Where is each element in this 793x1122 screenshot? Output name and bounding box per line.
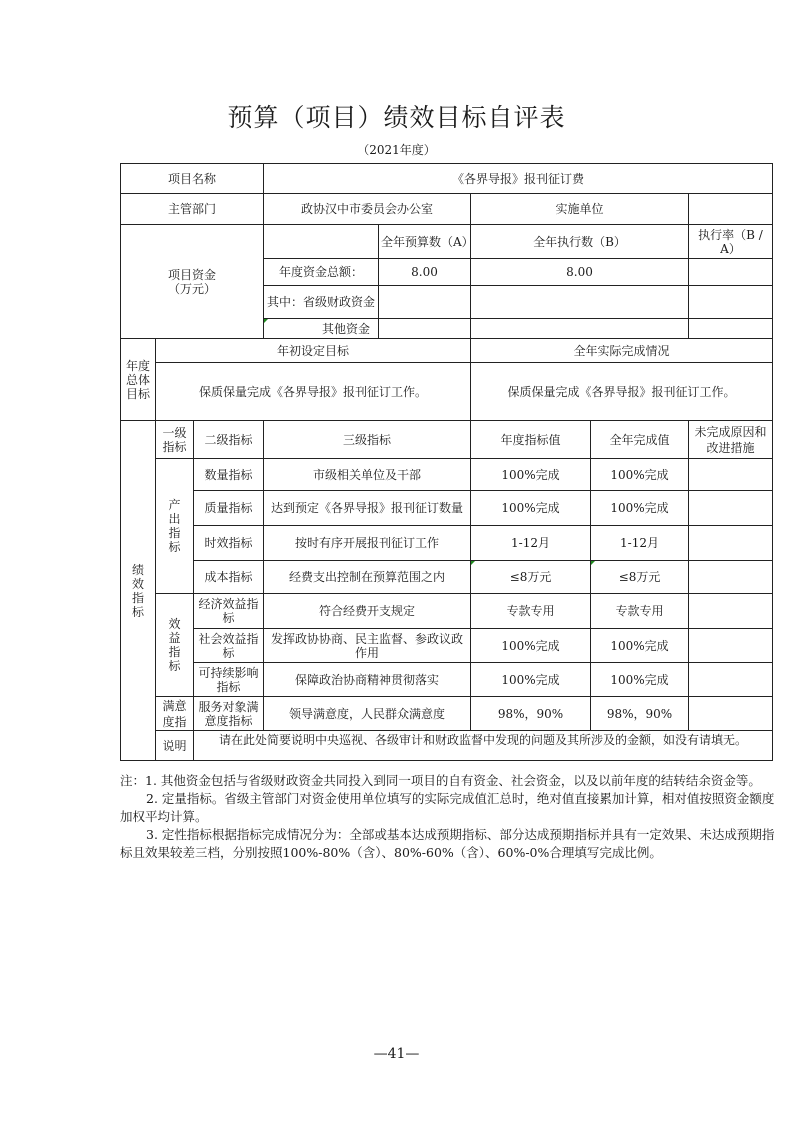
funds-row-rate	[689, 286, 773, 319]
cell-marker-icon	[591, 561, 595, 565]
funds-row-budget: 8.00	[379, 259, 471, 286]
header-level1: 一级指标	[156, 421, 194, 459]
note-2: 2. 定量指标。省级主管部门对资金使用单位填写的实际完成值汇总时，绝对值直接累加…	[120, 790, 780, 826]
actual-value: 100%完成	[591, 459, 689, 491]
funds-label: 项目资金 （万元）	[121, 225, 264, 339]
actual-value: 100%完成	[591, 663, 689, 697]
level3: 达到预定《各界导报》报刊征订数量	[264, 491, 471, 526]
cell-marker-icon	[471, 561, 475, 565]
funds-label-line2: （万元）	[123, 282, 261, 296]
target-value: ≤8万元	[471, 561, 591, 594]
dept-value: 政协汉中市委员会办公室	[264, 194, 471, 225]
note-3: 3. 定性指标根据指标完成情况分为：全部或基本达成预期指标、部分达成预期指标并具…	[120, 826, 780, 862]
level3: 经费支出控制在预算范围之内	[264, 561, 471, 594]
actual-value: 1-12月	[591, 526, 689, 561]
level1-output: 产出指标	[156, 459, 194, 594]
level3: 市级相关单位及干部	[264, 459, 471, 491]
goals-label: 年度总体目标	[121, 339, 156, 421]
level2: 数量指标	[194, 459, 264, 491]
funds-row-budget	[379, 319, 471, 339]
target-value-text: ≤8万元	[510, 570, 552, 584]
unit-label: 实施单位	[471, 194, 689, 225]
funds-row-label: 其他资金	[264, 319, 379, 339]
col-budget: 全年预算数（A）	[379, 225, 471, 259]
header-actual: 全年完成值	[591, 421, 689, 459]
level1-satisfaction: 满意度指	[156, 697, 194, 731]
target-value: 100%完成	[471, 629, 591, 663]
reason-value	[689, 459, 773, 491]
target-value: 1-12月	[471, 526, 591, 561]
funds-row-label: 年度资金总额：	[264, 259, 379, 286]
level2: 可持续影响指标	[194, 663, 264, 697]
reason-value	[689, 629, 773, 663]
header-reason: 未完成原因和改进措施	[689, 421, 773, 459]
funds-row-rate	[689, 259, 773, 286]
dept-label: 主管部门	[121, 194, 264, 225]
level2: 社会效益指标	[194, 629, 264, 663]
target-value: 专款专用	[471, 594, 591, 629]
actual-value: 100%完成	[591, 491, 689, 526]
actual-value: 专款专用	[591, 594, 689, 629]
level1-benefit: 效益指标	[156, 594, 194, 697]
evaluation-table: 项目名称 《各界导报》报刊征订费 主管部门 政协汉中市委员会办公室 实施单位 项…	[120, 163, 773, 761]
col-exec: 全年执行数（B）	[471, 225, 689, 259]
reason-value	[689, 594, 773, 629]
actual-value: ≤8万元	[591, 561, 689, 594]
funds-row-label-text: 其他资金	[322, 322, 370, 336]
note-1: 注：1. 其他资金包括与省级财政资金共同投入到同一项目的自有资金、社会资金，以及…	[120, 772, 780, 790]
funds-row-label: 其中：省级财政资金	[264, 286, 379, 319]
reason-value	[689, 491, 773, 526]
level2: 经济效益指标	[194, 594, 264, 629]
funds-label-line1: 项目资金	[123, 268, 261, 282]
explain-text: 请在此处简要说明中央巡视、各级审计和财政监督中发现的问题及其所涉及的金额，如没有…	[194, 731, 773, 761]
level2: 服务对象满意度指标	[194, 697, 264, 731]
project-name-value: 《各界导报》报刊征订费	[264, 164, 773, 194]
page-number: —41—	[0, 1046, 793, 1062]
indicators-label: 绩效指标	[121, 421, 156, 761]
actual-value-text: ≤8万元	[619, 570, 661, 584]
level2: 时效指标	[194, 526, 264, 561]
actual-value: 98%，90%	[591, 697, 689, 731]
level2: 质量指标	[194, 491, 264, 526]
target-value: 100%完成	[471, 663, 591, 697]
unit-value	[689, 194, 773, 225]
level3: 符合经费开支规定	[264, 594, 471, 629]
cell-marker-icon	[264, 319, 268, 323]
reason-value	[689, 697, 773, 731]
actual-value: 100%完成	[591, 629, 689, 663]
level3: 发挥政协协商、民主监督、参政议政作用	[264, 629, 471, 663]
funds-row-rate	[689, 319, 773, 339]
project-name-label: 项目名称	[121, 164, 264, 194]
page-title: 预算（项目）绩效目标自评表	[0, 98, 793, 134]
header-level3: 三级指标	[264, 421, 471, 459]
funds-row-exec	[471, 286, 689, 319]
header-target: 年度指标值	[471, 421, 591, 459]
goals-col-actual: 全年实际完成情况	[471, 339, 773, 363]
funds-row-exec: 8.00	[471, 259, 689, 286]
goals-col-set: 年初设定目标	[156, 339, 471, 363]
footnotes: 注：1. 其他资金包括与省级财政资金共同投入到同一项目的自有资金、社会资金，以及…	[120, 772, 780, 862]
goals-actual-value: 保质保量完成《各界导报》报刊征订工作。	[471, 363, 773, 421]
target-value: 100%完成	[471, 459, 591, 491]
col-rate: 执行率（B / A）	[689, 225, 773, 259]
level3: 领导满意度，人民群众满意度	[264, 697, 471, 731]
level2: 成本指标	[194, 561, 264, 594]
funds-row-budget	[379, 286, 471, 319]
header-level2: 二级指标	[194, 421, 264, 459]
target-value: 100%完成	[471, 491, 591, 526]
page-subtitle: （2021年度）	[0, 141, 793, 158]
goals-set-value: 保质保量完成《各界导报》报刊征订工作。	[156, 363, 471, 421]
explain-label: 说明	[156, 731, 194, 761]
level3: 按时有序开展报刊征订工作	[264, 526, 471, 561]
target-value: 98%，90%	[471, 697, 591, 731]
reason-value	[689, 561, 773, 594]
funds-corner	[264, 225, 379, 259]
reason-value	[689, 526, 773, 561]
level3: 保障政治协商精神贯彻落实	[264, 663, 471, 697]
funds-row-exec	[471, 319, 689, 339]
reason-value	[689, 663, 773, 697]
